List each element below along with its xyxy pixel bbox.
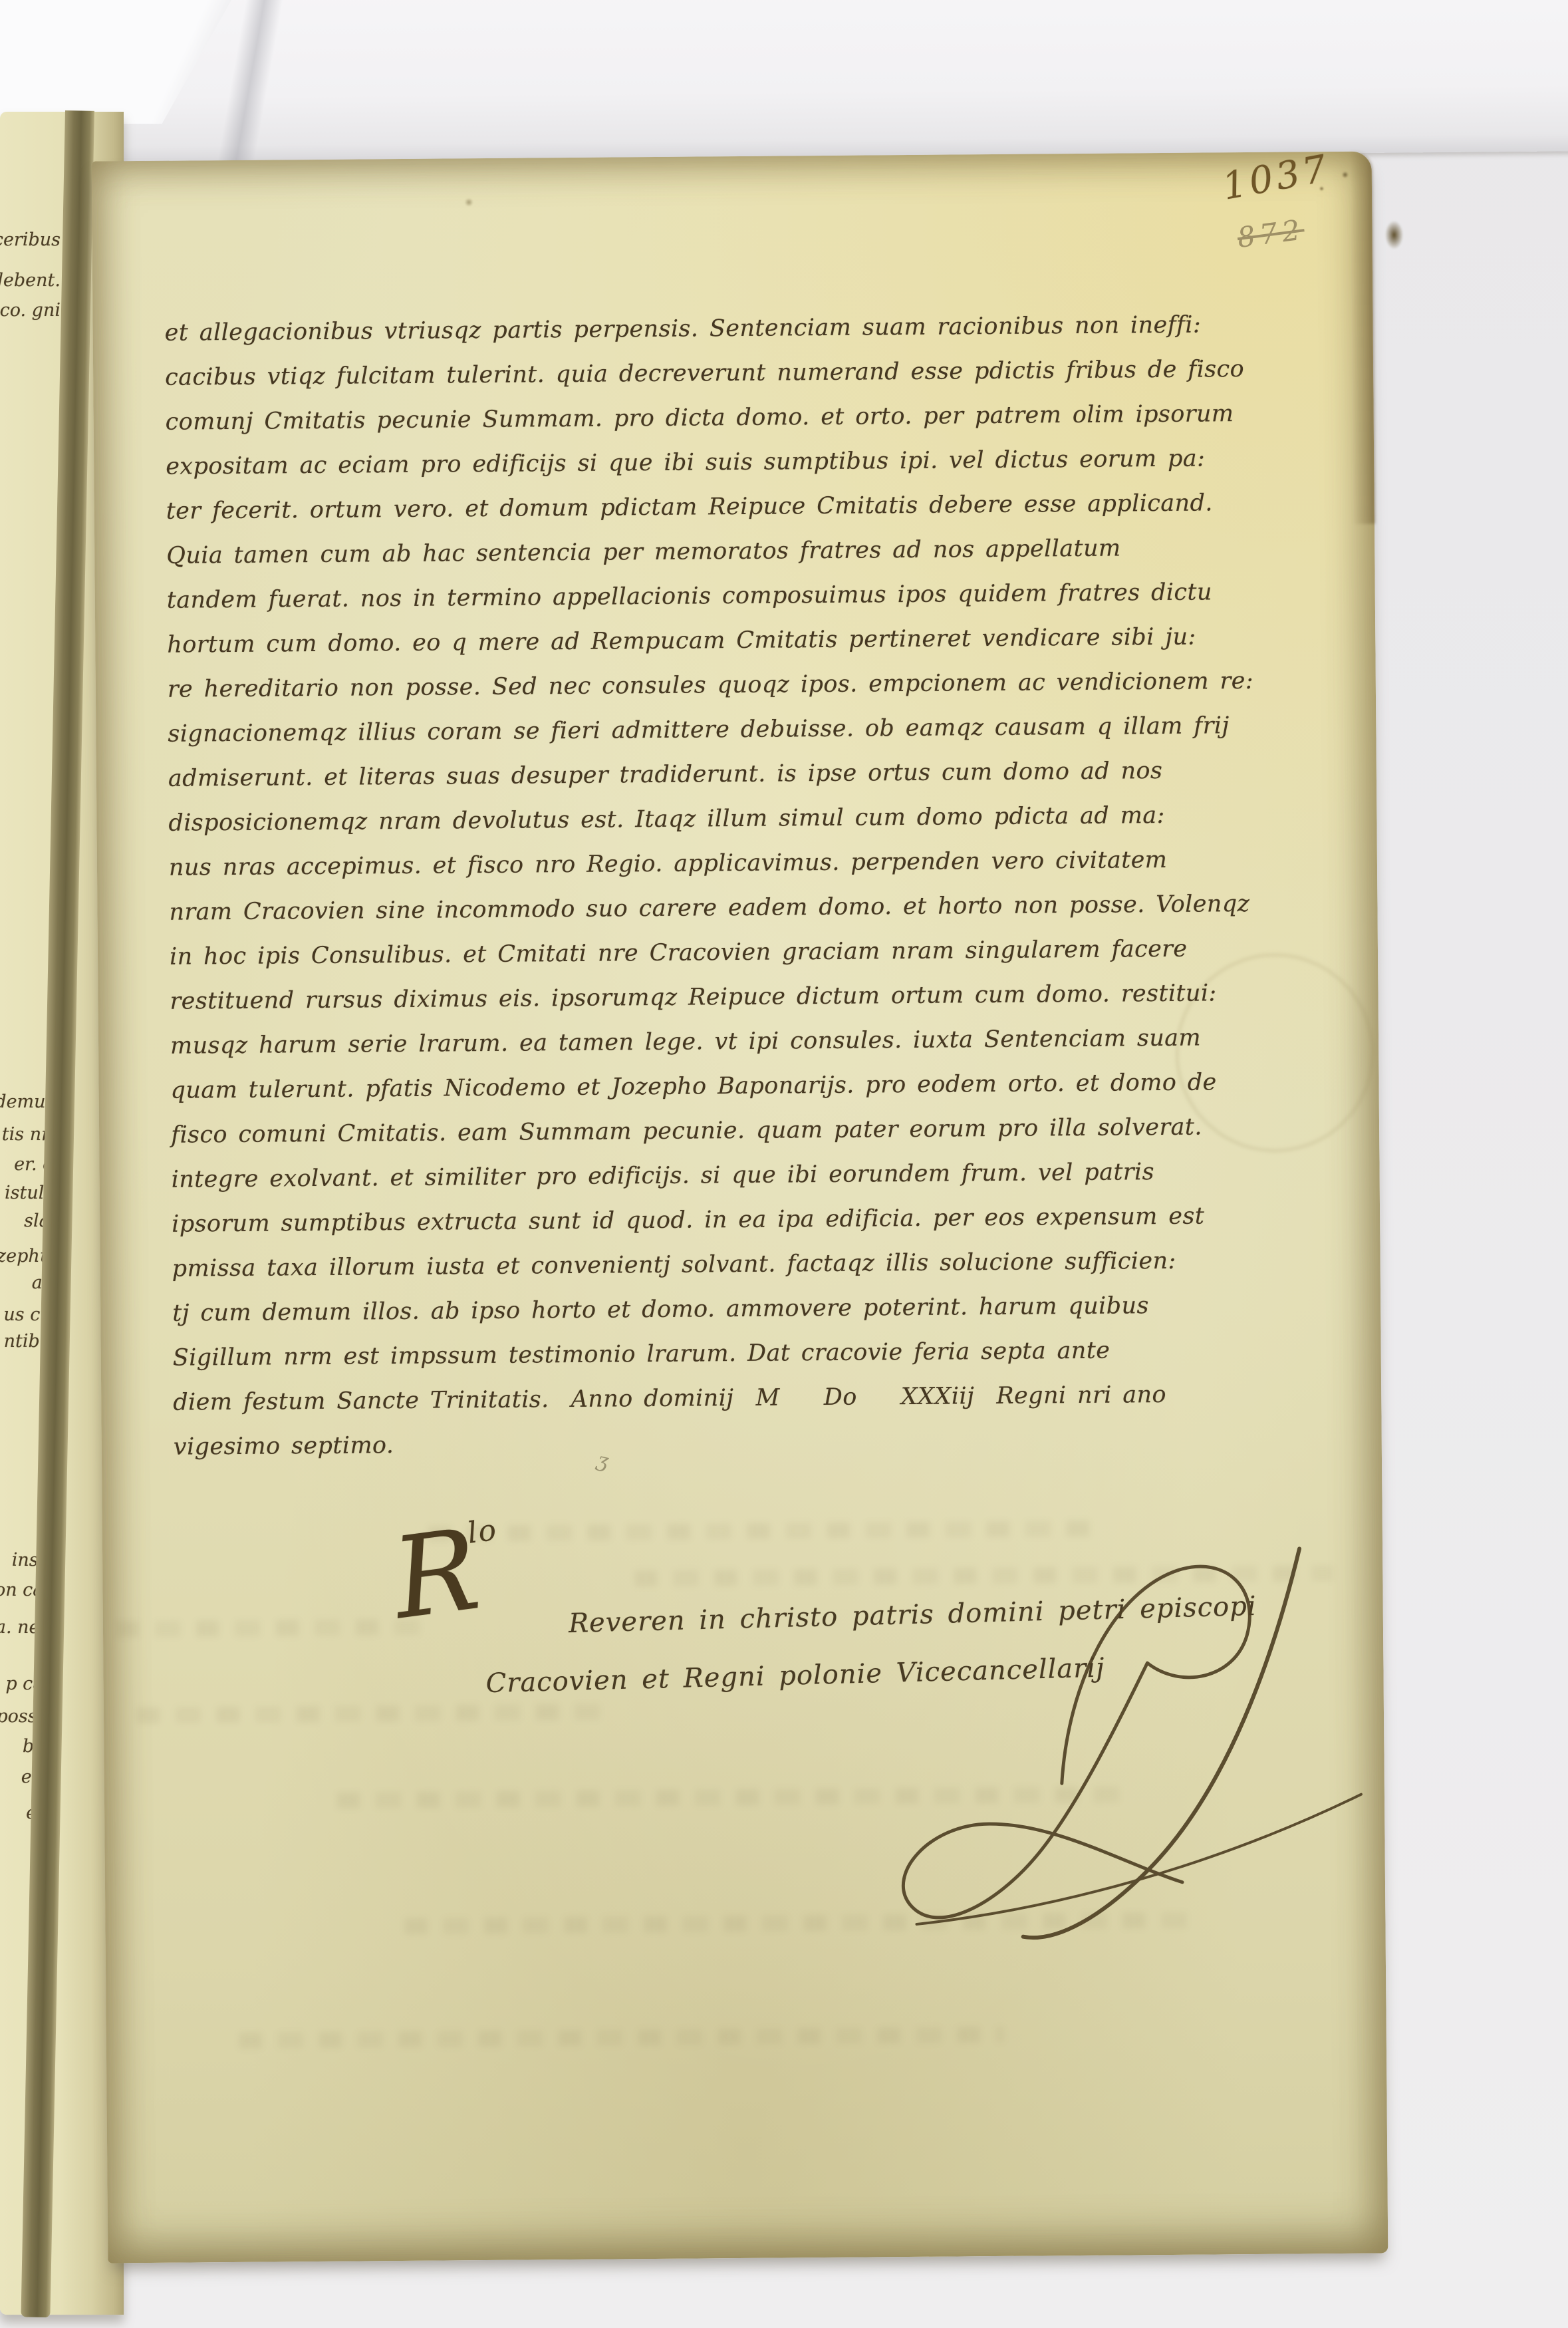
fore-edge-stain <box>1350 151 1375 523</box>
margin-fragment: oco. gni <box>0 300 61 321</box>
manuscript-text-block: et allegacionibus vtriusqz partis perpen… <box>164 302 1317 1469</box>
date-line: vigesimo septimo. <box>174 1416 1317 1470</box>
tissue-crease <box>178 0 318 168</box>
ink-blotch <box>1384 220 1403 249</box>
manuscript-line: ter fecerit. ortum vero. et domum pdicta… <box>166 480 1309 534</box>
subscription-monogram: Rlo <box>387 1511 509 1636</box>
folio-number: 1037 <box>1219 146 1333 208</box>
margin-fragment: ucceribus <box>0 229 61 250</box>
ink-speck <box>1342 172 1349 178</box>
ink-speck <box>464 198 473 206</box>
bleedthrough-ghost <box>116 1619 436 1638</box>
monogram-superscript: lo <box>465 1513 499 1550</box>
date-line: diem festum Sancte Trinitatis. Anno domi… <box>173 1372 1317 1425</box>
manuscript-line: tj cum demum illos. ab ipso horto et dom… <box>172 1282 1316 1336</box>
margin-fragment: debent. <box>0 270 61 291</box>
book-spread-scan: ucceribus debent. oco. gni demus. tis nr… <box>0 0 1568 2328</box>
manuscript-page: 1037 872 et allegacionibus vtriusqz part… <box>92 151 1388 2263</box>
notarial-flourish-icon <box>834 1509 1376 1965</box>
cancelled-folio-number: 872 <box>1236 213 1307 254</box>
bleedthrough-ghost <box>137 1704 602 1723</box>
bleedthrough-ghost <box>239 2027 1004 2049</box>
